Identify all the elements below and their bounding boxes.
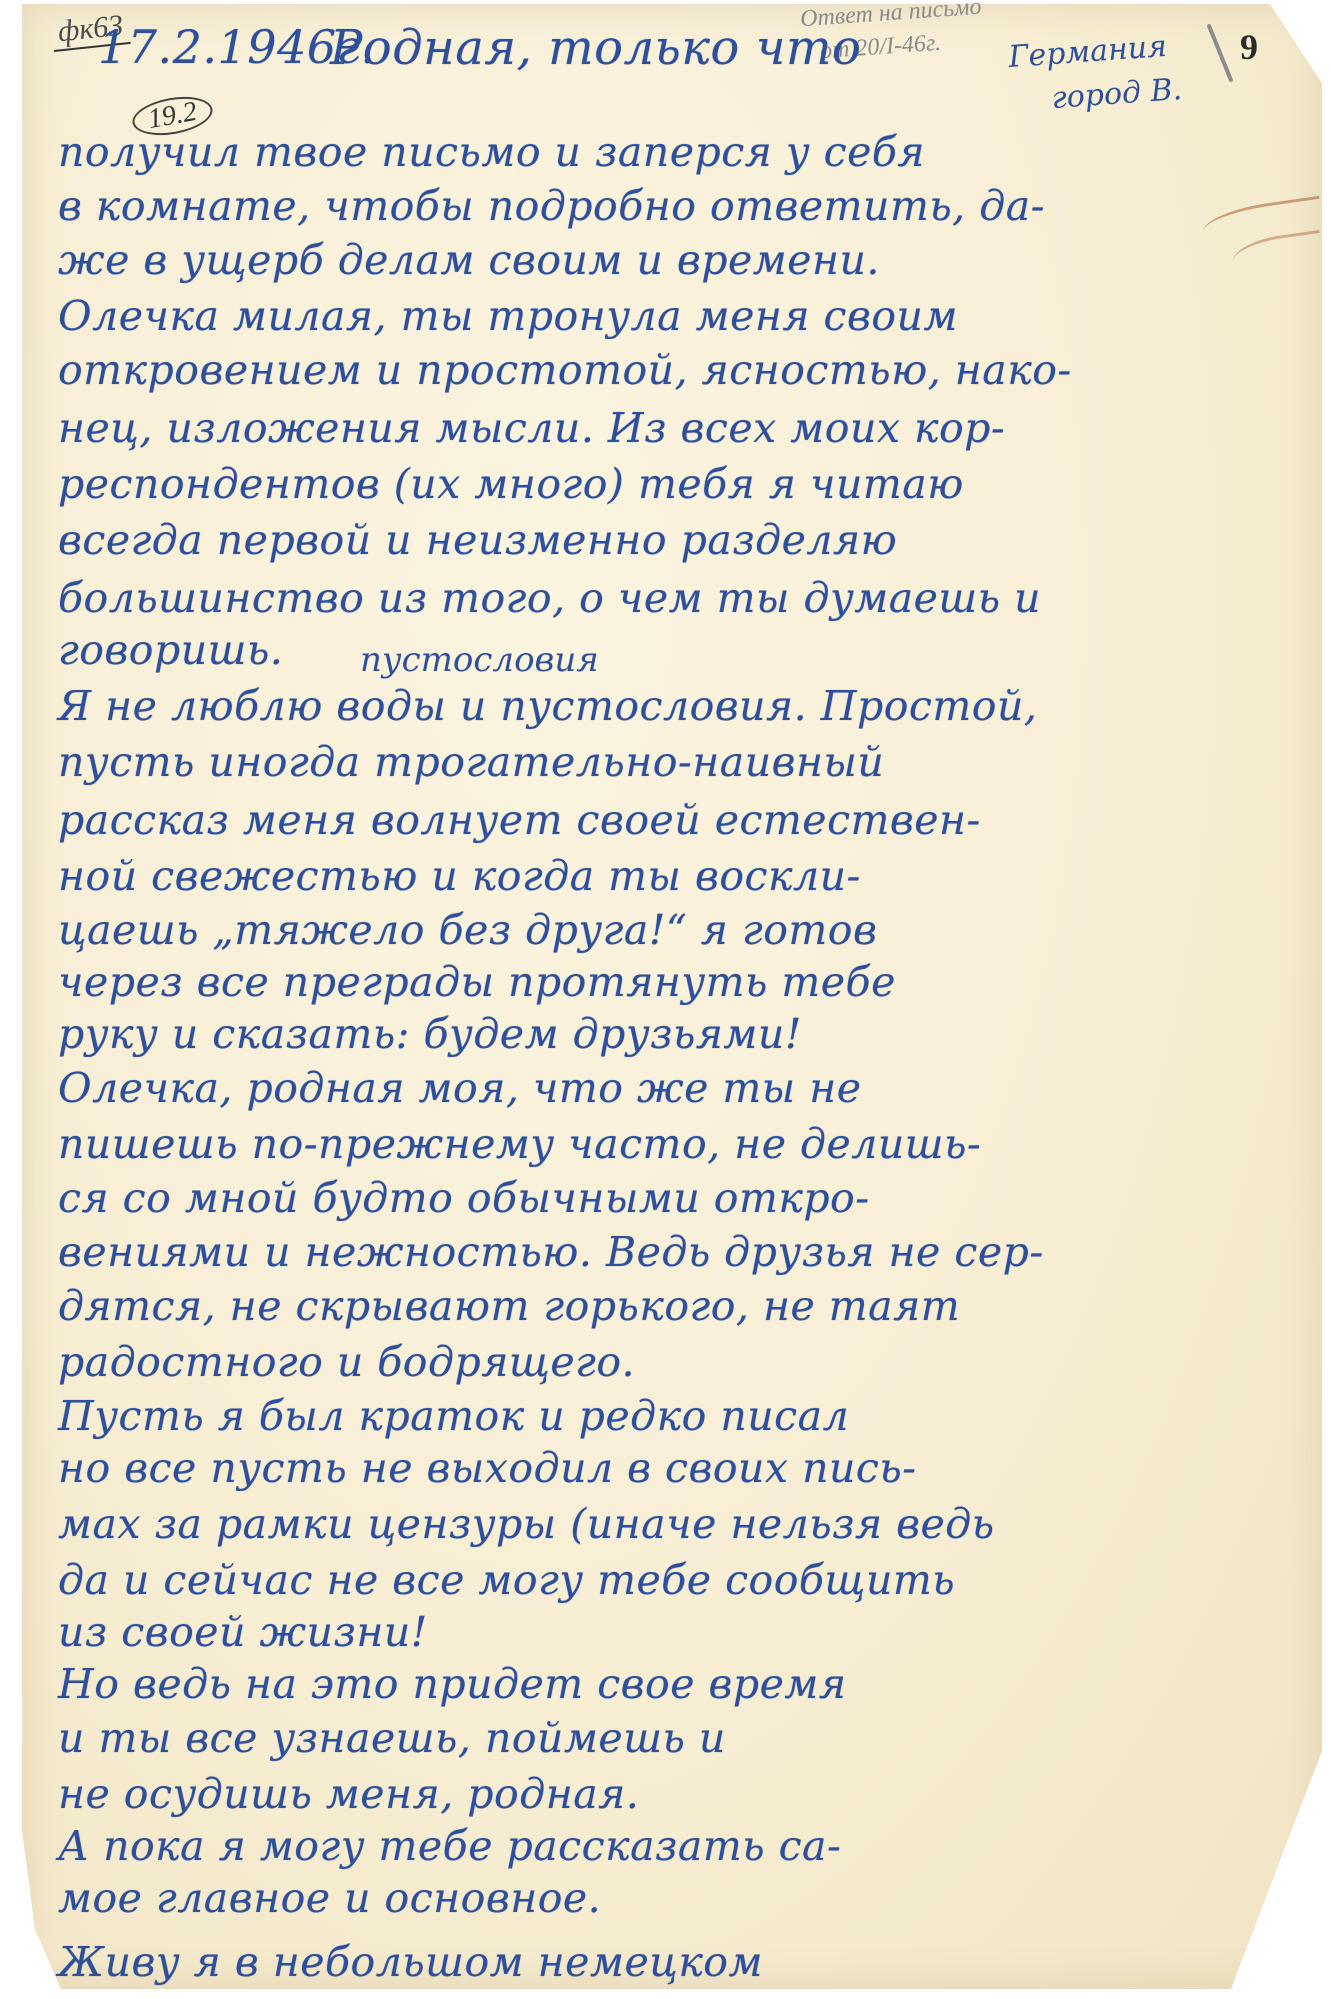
letter-place: Германия город В. [1007,24,1183,124]
letter-line: мах за рамки цензуры (иначе нельзя ведь [58,1500,995,1548]
letter-line: но все пусть не выходил в своих пись- [58,1444,917,1492]
letter-line: респондентов (их много) тебя я читаю [58,460,964,508]
page-number: 9 [1240,26,1258,68]
letter-line: Но ведь на это придет свое время [58,1660,847,1708]
letter-line: А пока я могу тебе рассказать са- [58,1822,841,1870]
letter-line: получил твое письмо и заперся у себя [58,128,925,176]
letter-line: вениями и нежностью. Ведь друзья не сер- [58,1228,1044,1276]
letter-line: из своей жизни! [58,1608,428,1656]
letter-line: не осудишь меня, родная. [58,1770,639,1818]
letter-salutation: Родная, только что [330,20,861,76]
letter-line: рассказ меня волнует своей естествен- [58,796,981,844]
letter-line: нец, изложения мысли. Из всех моих кор- [58,404,1005,452]
inserted-correction: пустословия [360,640,599,680]
letter-line: же в ущерб делам своим и времени. [58,236,880,284]
letter-line: мое главное и основное. [58,1874,601,1922]
letter-line: ной свежестью и когда ты воскли- [58,852,861,900]
letter-line: Живу я в небольшом немецком [58,1938,763,1986]
letter-line: откровением и простотой, ясностью, нако- [58,346,1072,394]
letter-line: дятся, не скрывают горького, не таят [58,1282,960,1330]
letter-line: всегда первой и неизменно разделяю [58,516,897,564]
letter-line: в комнате, чтобы подробно ответить, да- [58,182,1045,230]
letter-line: пусть иногда трогательно-наивный [58,738,884,786]
letter-line: большинство из того, о чем ты думаешь и [58,574,1041,622]
letter-line: пишешь по-прежнему часто, не делишь- [58,1120,981,1168]
letter-line: Олечка милая, ты тронула меня своим [58,292,958,340]
letter-line: Пусть я был краток и редко писал [58,1392,849,1440]
letter-line: Олечка, родная моя, что же ты не [58,1064,862,1112]
letter-line: ся со мной будто обычными откро- [58,1174,870,1222]
letter-line: цаешь „тяжело без друга!“ я готов [58,906,877,954]
letter-line: руку и сказать: будем друзьями! [58,1010,802,1058]
letter-line: говоришь. [58,626,283,674]
letter-line: Я не люблю воды и пустословия. Простой, [58,682,1037,730]
letter-line: да и сейчас не все могу тебе сообщить [58,1556,955,1604]
letter-line: и ты все узнаешь, поймешь и [58,1714,726,1762]
letter-line: радостного и бодрящего. [58,1338,635,1386]
letter-line: через все преграды протянуть тебе [58,958,896,1006]
